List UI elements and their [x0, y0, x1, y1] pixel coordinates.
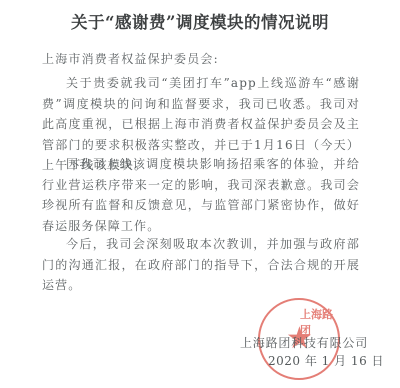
signature-date: 2020 年 1 月 16 日 — [268, 352, 384, 369]
document-title: 关于“感谢费”调度模块的情况说明 — [0, 9, 400, 33]
paragraph-3: 今后，我司会深刻吸取本次教训，并加强与政府部门的沟通汇报，在政府部门的指导下，合… — [42, 234, 360, 296]
paragraph-2: 因我司上线该调度模块影响扬招乘客的体验，并给行业营运秩序带来一定的影响，我司深表… — [42, 154, 360, 236]
signature-company: 上海路团科技有限公司 — [240, 334, 368, 351]
salutation: 上海市消费者权益保护委员会: — [42, 50, 219, 67]
